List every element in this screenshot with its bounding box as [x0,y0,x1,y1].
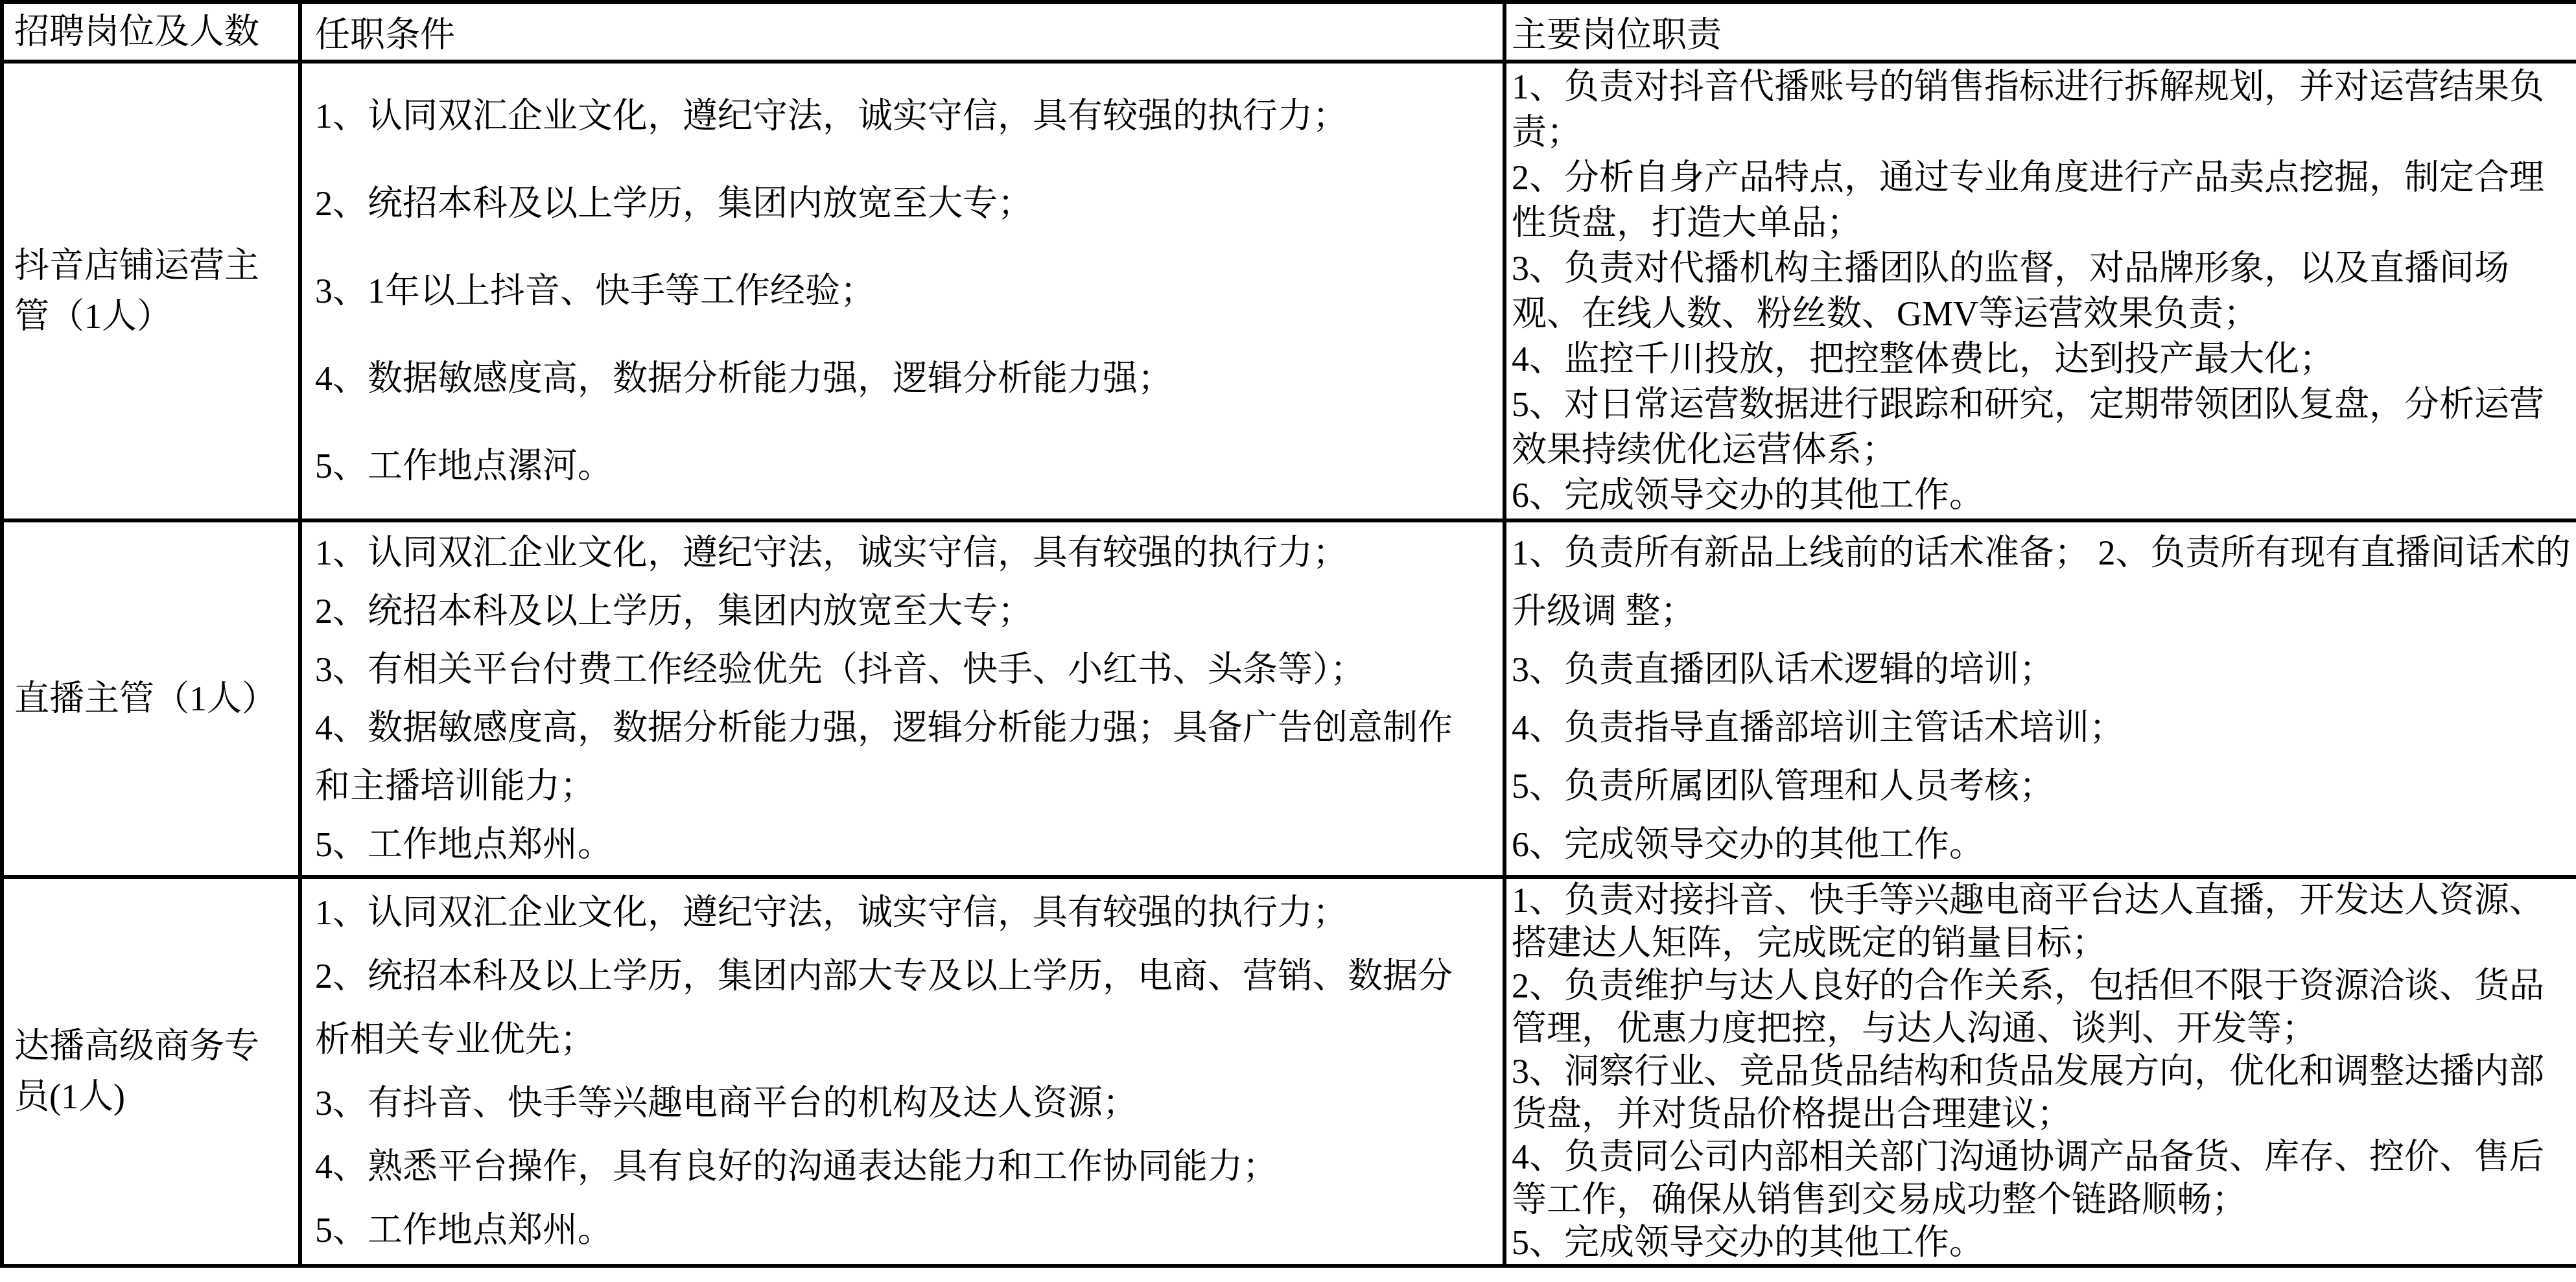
requirements-cell: 1、认同双汇企业文化，遵纪守法，诚实守信，具有较强的执行力； 2、统招本科及以上… [300,62,1505,520]
duties-cell: 1、负责对抖音代播账号的销售指标进行拆解规划，并对运营结果负责； 2、分析自身产… [1505,62,2576,520]
position-cell: 达播高级商务专员(1人) [2,877,300,1266]
table-row: 抖音店铺运营主管（1人） 1、认同双汇企业文化，遵纪守法，诚实守信，具有较强的执… [2,62,2576,520]
header-requirements: 任职条件 [300,2,1505,62]
position-cell: 直播主管（1人） [2,520,300,877]
duties-cell: 1、负责对接抖音、快手等兴趣电商平台达人直播，开发达人资源、搭建达人矩阵，完成既… [1505,877,2576,1266]
position-cell: 抖音店铺运营主管（1人） [2,62,300,520]
requirements-cell: 1、认同双汇企业文化，遵纪守法，诚实守信，具有较强的执行力； 2、统招本科及以上… [300,877,1505,1266]
duties-cell: 1、负责所有新品上线前的话术准备； 2、负责所有现有直播间话术的升级调 整； 3… [1505,520,2576,877]
table-row: 直播主管（1人） 1、认同双汇企业文化，遵纪守法，诚实守信，具有较强的执行力； … [2,520,2576,877]
header-duties: 主要岗位职责 [1505,2,2576,62]
requirements-cell: 1、认同双汇企业文化，遵纪守法，诚实守信，具有较强的执行力； 2、统招本科及以上… [300,520,1505,877]
recruitment-table: 招聘岗位及人数 任职条件 主要岗位职责 抖音店铺运营主管（1人） 1、认同双汇企… [0,0,2576,1268]
table-row: 达播高级商务专员(1人) 1、认同双汇企业文化，遵纪守法，诚实守信，具有较强的执… [2,877,2576,1266]
table-header-row: 招聘岗位及人数 任职条件 主要岗位职责 [2,2,2576,62]
header-position: 招聘岗位及人数 [2,2,300,62]
